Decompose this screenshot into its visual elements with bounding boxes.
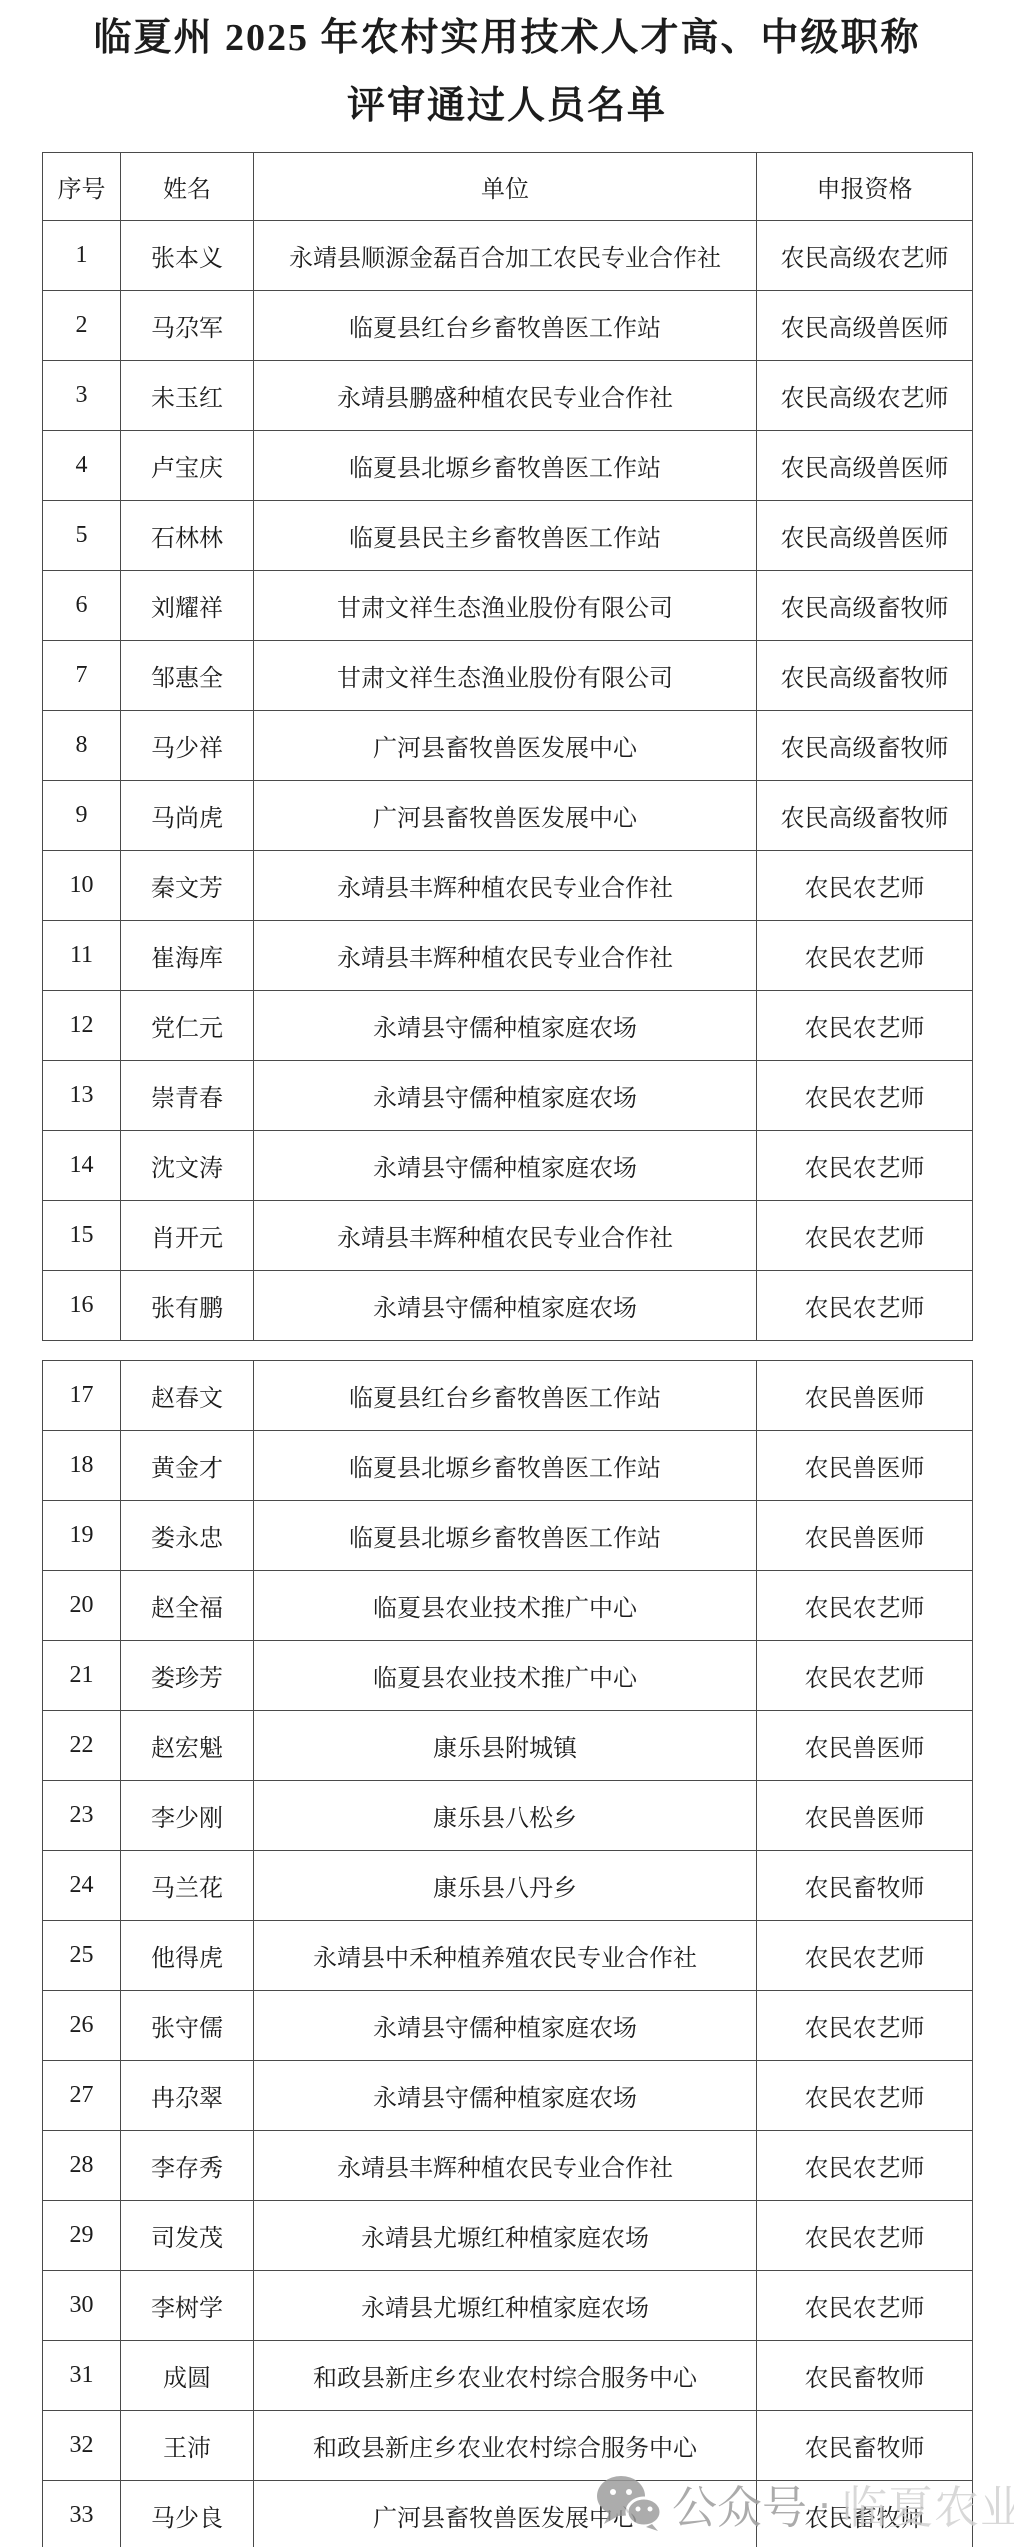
serial-cell: 16 — [43, 1271, 121, 1341]
unit-cell: 临夏县红台乡畜牧兽医工作站 — [254, 291, 757, 361]
unit-cell: 永靖县守儒种植家庭农场 — [254, 991, 757, 1061]
name-cell: 赵全福 — [121, 1571, 254, 1641]
unit-cell: 临夏县北塬乡畜牧兽医工作站 — [254, 1431, 757, 1501]
name-cell: 秦文芳 — [121, 851, 254, 921]
serial-cell: 11 — [43, 921, 121, 991]
section-gap — [0, 1341, 1014, 1360]
qualification-cell: 农民高级畜牧师 — [757, 711, 973, 781]
serial-cell: 7 — [43, 641, 121, 711]
page-title-line-1: 临夏州 2025 年农村实用技术人才高、中级职称 — [0, 6, 1014, 70]
name-cell: 崔海库 — [121, 921, 254, 991]
name-cell: 张本义 — [121, 221, 254, 291]
unit-cell: 和政县新庄乡农业农村综合服务中心 — [254, 2411, 757, 2481]
serial-cell: 22 — [43, 1711, 121, 1781]
unit-cell: 广河县畜牧兽医发展中心 — [254, 2481, 757, 2547]
serial-cell: 32 — [43, 2411, 121, 2481]
header-cell-qualification: 申报资格 — [757, 153, 973, 221]
name-cell: 马尕军 — [121, 291, 254, 361]
qualification-cell: 农民农艺师 — [757, 991, 973, 1061]
name-cell: 娄永忠 — [121, 1501, 254, 1571]
serial-cell: 9 — [43, 781, 121, 851]
unit-cell: 永靖县丰辉种植农民专业合作社 — [254, 1201, 757, 1271]
name-cell: 赵宏魁 — [121, 1711, 254, 1781]
name-cell: 肖开元 — [121, 1201, 254, 1271]
name-cell: 赵春文 — [121, 1361, 254, 1431]
serial-cell: 12 — [43, 991, 121, 1061]
name-cell: 党仁元 — [121, 991, 254, 1061]
serial-cell: 25 — [43, 1921, 121, 1991]
name-cell: 张守儒 — [121, 1991, 254, 2061]
qualification-cell: 农民农艺师 — [757, 851, 973, 921]
serial-cell: 14 — [43, 1131, 121, 1201]
table-row: 3未玉红永靖县鹏盛种植农民专业合作社农民高级农艺师 — [43, 361, 973, 431]
serial-cell: 17 — [43, 1361, 121, 1431]
table-row: 33马少良广河县畜牧兽医发展中心农民畜牧师 — [43, 2481, 973, 2547]
serial-cell: 30 — [43, 2271, 121, 2341]
unit-cell: 康乐县附城镇 — [254, 1711, 757, 1781]
qualification-cell: 农民农艺师 — [757, 1571, 973, 1641]
serial-cell: 31 — [43, 2341, 121, 2411]
table-row: 22赵宏魁康乐县附城镇农民兽医师 — [43, 1711, 973, 1781]
table-header: 序号 姓名 单位 申报资格 — [43, 153, 973, 221]
table-row: 7邹惠全甘肃文祥生态渔业股份有限公司农民高级畜牧师 — [43, 641, 973, 711]
qualification-cell: 农民农艺师 — [757, 2271, 973, 2341]
header-cell-name: 姓名 — [121, 153, 254, 221]
serial-cell: 18 — [43, 1431, 121, 1501]
roster-table-lower: 17赵春文临夏县红台乡畜牧兽医工作站农民兽医师18黄金才临夏县北塬乡畜牧兽医工作… — [42, 1360, 973, 2547]
unit-cell: 永靖县尤塬红种植家庭农场 — [254, 2271, 757, 2341]
serial-cell: 21 — [43, 1641, 121, 1711]
table-row: 11崔海库永靖县丰辉种植农民专业合作社农民农艺师 — [43, 921, 973, 991]
table-row: 18黄金才临夏县北塬乡畜牧兽医工作站农民兽医师 — [43, 1431, 973, 1501]
unit-cell: 永靖县守儒种植家庭农场 — [254, 2061, 757, 2131]
unit-cell: 永靖县守儒种植家庭农场 — [254, 1131, 757, 1201]
qualification-cell: 农民农艺师 — [757, 921, 973, 991]
unit-cell: 永靖县丰辉种植农民专业合作社 — [254, 921, 757, 991]
qualification-cell: 农民兽医师 — [757, 1361, 973, 1431]
qualification-cell: 农民高级畜牧师 — [757, 641, 973, 711]
qualification-cell: 农民兽医师 — [757, 1431, 973, 1501]
name-cell: 沈文涛 — [121, 1131, 254, 1201]
unit-cell: 甘肃文祥生态渔业股份有限公司 — [254, 641, 757, 711]
table-row: 27冉尕翠永靖县守儒种植家庭农场农民农艺师 — [43, 2061, 973, 2131]
table-row: 21娄珍芳临夏县农业技术推广中心农民农艺师 — [43, 1641, 973, 1711]
serial-cell: 4 — [43, 431, 121, 501]
unit-cell: 永靖县中禾种植养殖农民专业合作社 — [254, 1921, 757, 1991]
serial-cell: 23 — [43, 1781, 121, 1851]
unit-cell: 临夏县北塬乡畜牧兽医工作站 — [254, 1501, 757, 1571]
name-cell: 未玉红 — [121, 361, 254, 431]
name-cell: 石林林 — [121, 501, 254, 571]
table-row: 15肖开元永靖县丰辉种植农民专业合作社农民农艺师 — [43, 1201, 973, 1271]
serial-cell: 15 — [43, 1201, 121, 1271]
serial-cell: 2 — [43, 291, 121, 361]
table-row: 2马尕军临夏县红台乡畜牧兽医工作站农民高级兽医师 — [43, 291, 973, 361]
qualification-cell: 农民高级农艺师 — [757, 361, 973, 431]
roster-table-upper: 序号 姓名 单位 申报资格 1张本义永靖县顺源金磊百合加工农民专业合作社农民高级… — [42, 152, 973, 1341]
table-row: 16张有鹏永靖县守儒种植家庭农场农民农艺师 — [43, 1271, 973, 1341]
table-row: 12党仁元永靖县守儒种植家庭农场农民农艺师 — [43, 991, 973, 1061]
name-cell: 邹惠全 — [121, 641, 254, 711]
table-row: 20赵全福临夏县农业技术推广中心农民农艺师 — [43, 1571, 973, 1641]
name-cell: 马兰花 — [121, 1851, 254, 1921]
serial-cell: 10 — [43, 851, 121, 921]
qualification-cell: 农民农艺师 — [757, 1131, 973, 1201]
table-row: 26张守儒永靖县守儒种植家庭农场农民农艺师 — [43, 1991, 973, 2061]
header-cell-serial: 序号 — [43, 153, 121, 221]
table-row: 13崇青春永靖县守儒种植家庭农场农民农艺师 — [43, 1061, 973, 1131]
table-row: 24马兰花康乐县八丹乡农民畜牧师 — [43, 1851, 973, 1921]
qualification-cell: 农民农艺师 — [757, 1641, 973, 1711]
name-cell: 马少良 — [121, 2481, 254, 2547]
name-cell: 王沛 — [121, 2411, 254, 2481]
unit-cell: 临夏县农业技术推广中心 — [254, 1571, 757, 1641]
qualification-cell: 农民畜牧师 — [757, 2481, 973, 2547]
qualification-cell: 农民高级兽医师 — [757, 431, 973, 501]
name-cell: 崇青春 — [121, 1061, 254, 1131]
unit-cell: 和政县新庄乡农业农村综合服务中心 — [254, 2341, 757, 2411]
serial-cell: 26 — [43, 1991, 121, 2061]
table-row: 25他得虎永靖县中禾种植养殖农民专业合作社农民农艺师 — [43, 1921, 973, 1991]
serial-cell: 1 — [43, 221, 121, 291]
unit-cell: 永靖县守儒种植家庭农场 — [254, 1271, 757, 1341]
table-row: 10秦文芳永靖县丰辉种植农民专业合作社农民农艺师 — [43, 851, 973, 921]
serial-cell: 24 — [43, 1851, 121, 1921]
table-row: 30李树学永靖县尤塬红种植家庭农场农民农艺师 — [43, 2271, 973, 2341]
serial-cell: 27 — [43, 2061, 121, 2131]
qualification-cell: 农民高级农艺师 — [757, 221, 973, 291]
qualification-cell: 农民畜牧师 — [757, 1851, 973, 1921]
table-row: 14沈文涛永靖县守儒种植家庭农场农民农艺师 — [43, 1131, 973, 1201]
unit-cell: 永靖县尤塬红种植家庭农场 — [254, 2201, 757, 2271]
qualification-cell: 农民兽医师 — [757, 1781, 973, 1851]
name-cell: 刘耀祥 — [121, 571, 254, 641]
serial-cell: 3 — [43, 361, 121, 431]
qualification-cell: 农民畜牧师 — [757, 2341, 973, 2411]
table-row: 1张本义永靖县顺源金磊百合加工农民专业合作社农民高级农艺师 — [43, 221, 973, 291]
qualification-cell: 农民高级兽医师 — [757, 501, 973, 571]
roster-section-upper: 序号 姓名 单位 申报资格 1张本义永靖县顺源金磊百合加工农民专业合作社农民高级… — [0, 152, 1014, 1341]
table-row: 19娄永忠临夏县北塬乡畜牧兽医工作站农民兽医师 — [43, 1501, 973, 1571]
qualification-cell: 农民农艺师 — [757, 1991, 973, 2061]
unit-cell: 临夏县农业技术推广中心 — [254, 1641, 757, 1711]
qualification-cell: 农民农艺师 — [757, 2131, 973, 2201]
qualification-cell: 农民农艺师 — [757, 2201, 973, 2271]
serial-cell: 29 — [43, 2201, 121, 2271]
unit-cell: 临夏县民主乡畜牧兽医工作站 — [254, 501, 757, 571]
table-row: 4卢宝庆临夏县北塬乡畜牧兽医工作站农民高级兽医师 — [43, 431, 973, 501]
name-cell: 黄金才 — [121, 1431, 254, 1501]
unit-cell: 永靖县鹏盛种植农民专业合作社 — [254, 361, 757, 431]
table-row: 28李存秀永靖县丰辉种植农民专业合作社农民农艺师 — [43, 2131, 973, 2201]
table-row: 17赵春文临夏县红台乡畜牧兽医工作站农民兽医师 — [43, 1361, 973, 1431]
table-header-row: 序号 姓名 单位 申报资格 — [43, 153, 973, 221]
serial-cell: 19 — [43, 1501, 121, 1571]
unit-cell: 康乐县八丹乡 — [254, 1851, 757, 1921]
table-row: 8马少祥广河县畜牧兽医发展中心农民高级畜牧师 — [43, 711, 973, 781]
unit-cell: 永靖县丰辉种植农民专业合作社 — [254, 851, 757, 921]
unit-cell: 甘肃文祥生态渔业股份有限公司 — [254, 571, 757, 641]
serial-cell: 5 — [43, 501, 121, 571]
table-row: 5石林林临夏县民主乡畜牧兽医工作站农民高级兽医师 — [43, 501, 973, 571]
unit-cell: 永靖县丰辉种植农民专业合作社 — [254, 2131, 757, 2201]
name-cell: 李存秀 — [121, 2131, 254, 2201]
unit-cell: 临夏县北塬乡畜牧兽医工作站 — [254, 431, 757, 501]
name-cell: 成圆 — [121, 2341, 254, 2411]
qualification-cell: 农民农艺师 — [757, 1201, 973, 1271]
unit-cell: 永靖县守儒种植家庭农场 — [254, 1991, 757, 2061]
table-row: 23李少刚康乐县八松乡农民兽医师 — [43, 1781, 973, 1851]
qualification-cell: 农民高级畜牧师 — [757, 571, 973, 641]
unit-cell: 临夏县红台乡畜牧兽医工作站 — [254, 1361, 757, 1431]
qualification-cell: 农民农艺师 — [757, 2061, 973, 2131]
page-title-line-2: 评审通过人员名单 — [0, 74, 1014, 138]
name-cell: 马尚虎 — [121, 781, 254, 851]
qualification-cell: 农民畜牧师 — [757, 2411, 973, 2481]
unit-cell: 广河县畜牧兽医发展中心 — [254, 781, 757, 851]
header-cell-unit: 单位 — [254, 153, 757, 221]
table-row: 9马尚虎广河县畜牧兽医发展中心农民高级畜牧师 — [43, 781, 973, 851]
qualification-cell: 农民高级兽医师 — [757, 291, 973, 361]
qualification-cell: 农民农艺师 — [757, 1061, 973, 1131]
name-cell: 司发茂 — [121, 2201, 254, 2271]
qualification-cell: 农民农艺师 — [757, 1271, 973, 1341]
name-cell: 娄珍芳 — [121, 1641, 254, 1711]
unit-cell: 广河县畜牧兽医发展中心 — [254, 711, 757, 781]
qualification-cell: 农民高级畜牧师 — [757, 781, 973, 851]
qualification-cell: 农民农艺师 — [757, 1921, 973, 1991]
name-cell: 张有鹏 — [121, 1271, 254, 1341]
serial-cell: 6 — [43, 571, 121, 641]
name-cell: 他得虎 — [121, 1921, 254, 1991]
roster-section-lower: 17赵春文临夏县红台乡畜牧兽医工作站农民兽医师18黄金才临夏县北塬乡畜牧兽医工作… — [0, 1360, 1014, 2547]
name-cell: 马少祥 — [121, 711, 254, 781]
name-cell: 冉尕翠 — [121, 2061, 254, 2131]
serial-cell: 8 — [43, 711, 121, 781]
qualification-cell: 农民兽医师 — [757, 1501, 973, 1571]
table-row: 32王沛和政县新庄乡农业农村综合服务中心农民畜牧师 — [43, 2411, 973, 2481]
name-cell: 李树学 — [121, 2271, 254, 2341]
page-title: 临夏州 2025 年农村实用技术人才高、中级职称 评审通过人员名单 — [0, 0, 1014, 138]
serial-cell: 13 — [43, 1061, 121, 1131]
serial-cell: 33 — [43, 2481, 121, 2547]
serial-cell: 28 — [43, 2131, 121, 2201]
unit-cell: 永靖县顺源金磊百合加工农民专业合作社 — [254, 221, 757, 291]
unit-cell: 康乐县八松乡 — [254, 1781, 757, 1851]
name-cell: 李少刚 — [121, 1781, 254, 1851]
serial-cell: 20 — [43, 1571, 121, 1641]
table-row: 6刘耀祥甘肃文祥生态渔业股份有限公司农民高级畜牧师 — [43, 571, 973, 641]
table-row: 29司发茂永靖县尤塬红种植家庭农场农民农艺师 — [43, 2201, 973, 2271]
table-row: 31成圆和政县新庄乡农业农村综合服务中心农民畜牧师 — [43, 2341, 973, 2411]
name-cell: 卢宝庆 — [121, 431, 254, 501]
qualification-cell: 农民兽医师 — [757, 1711, 973, 1781]
unit-cell: 永靖县守儒种植家庭农场 — [254, 1061, 757, 1131]
document-page: 临夏州 2025 年农村实用技术人才高、中级职称 评审通过人员名单 序号 姓名 … — [0, 0, 1014, 2547]
